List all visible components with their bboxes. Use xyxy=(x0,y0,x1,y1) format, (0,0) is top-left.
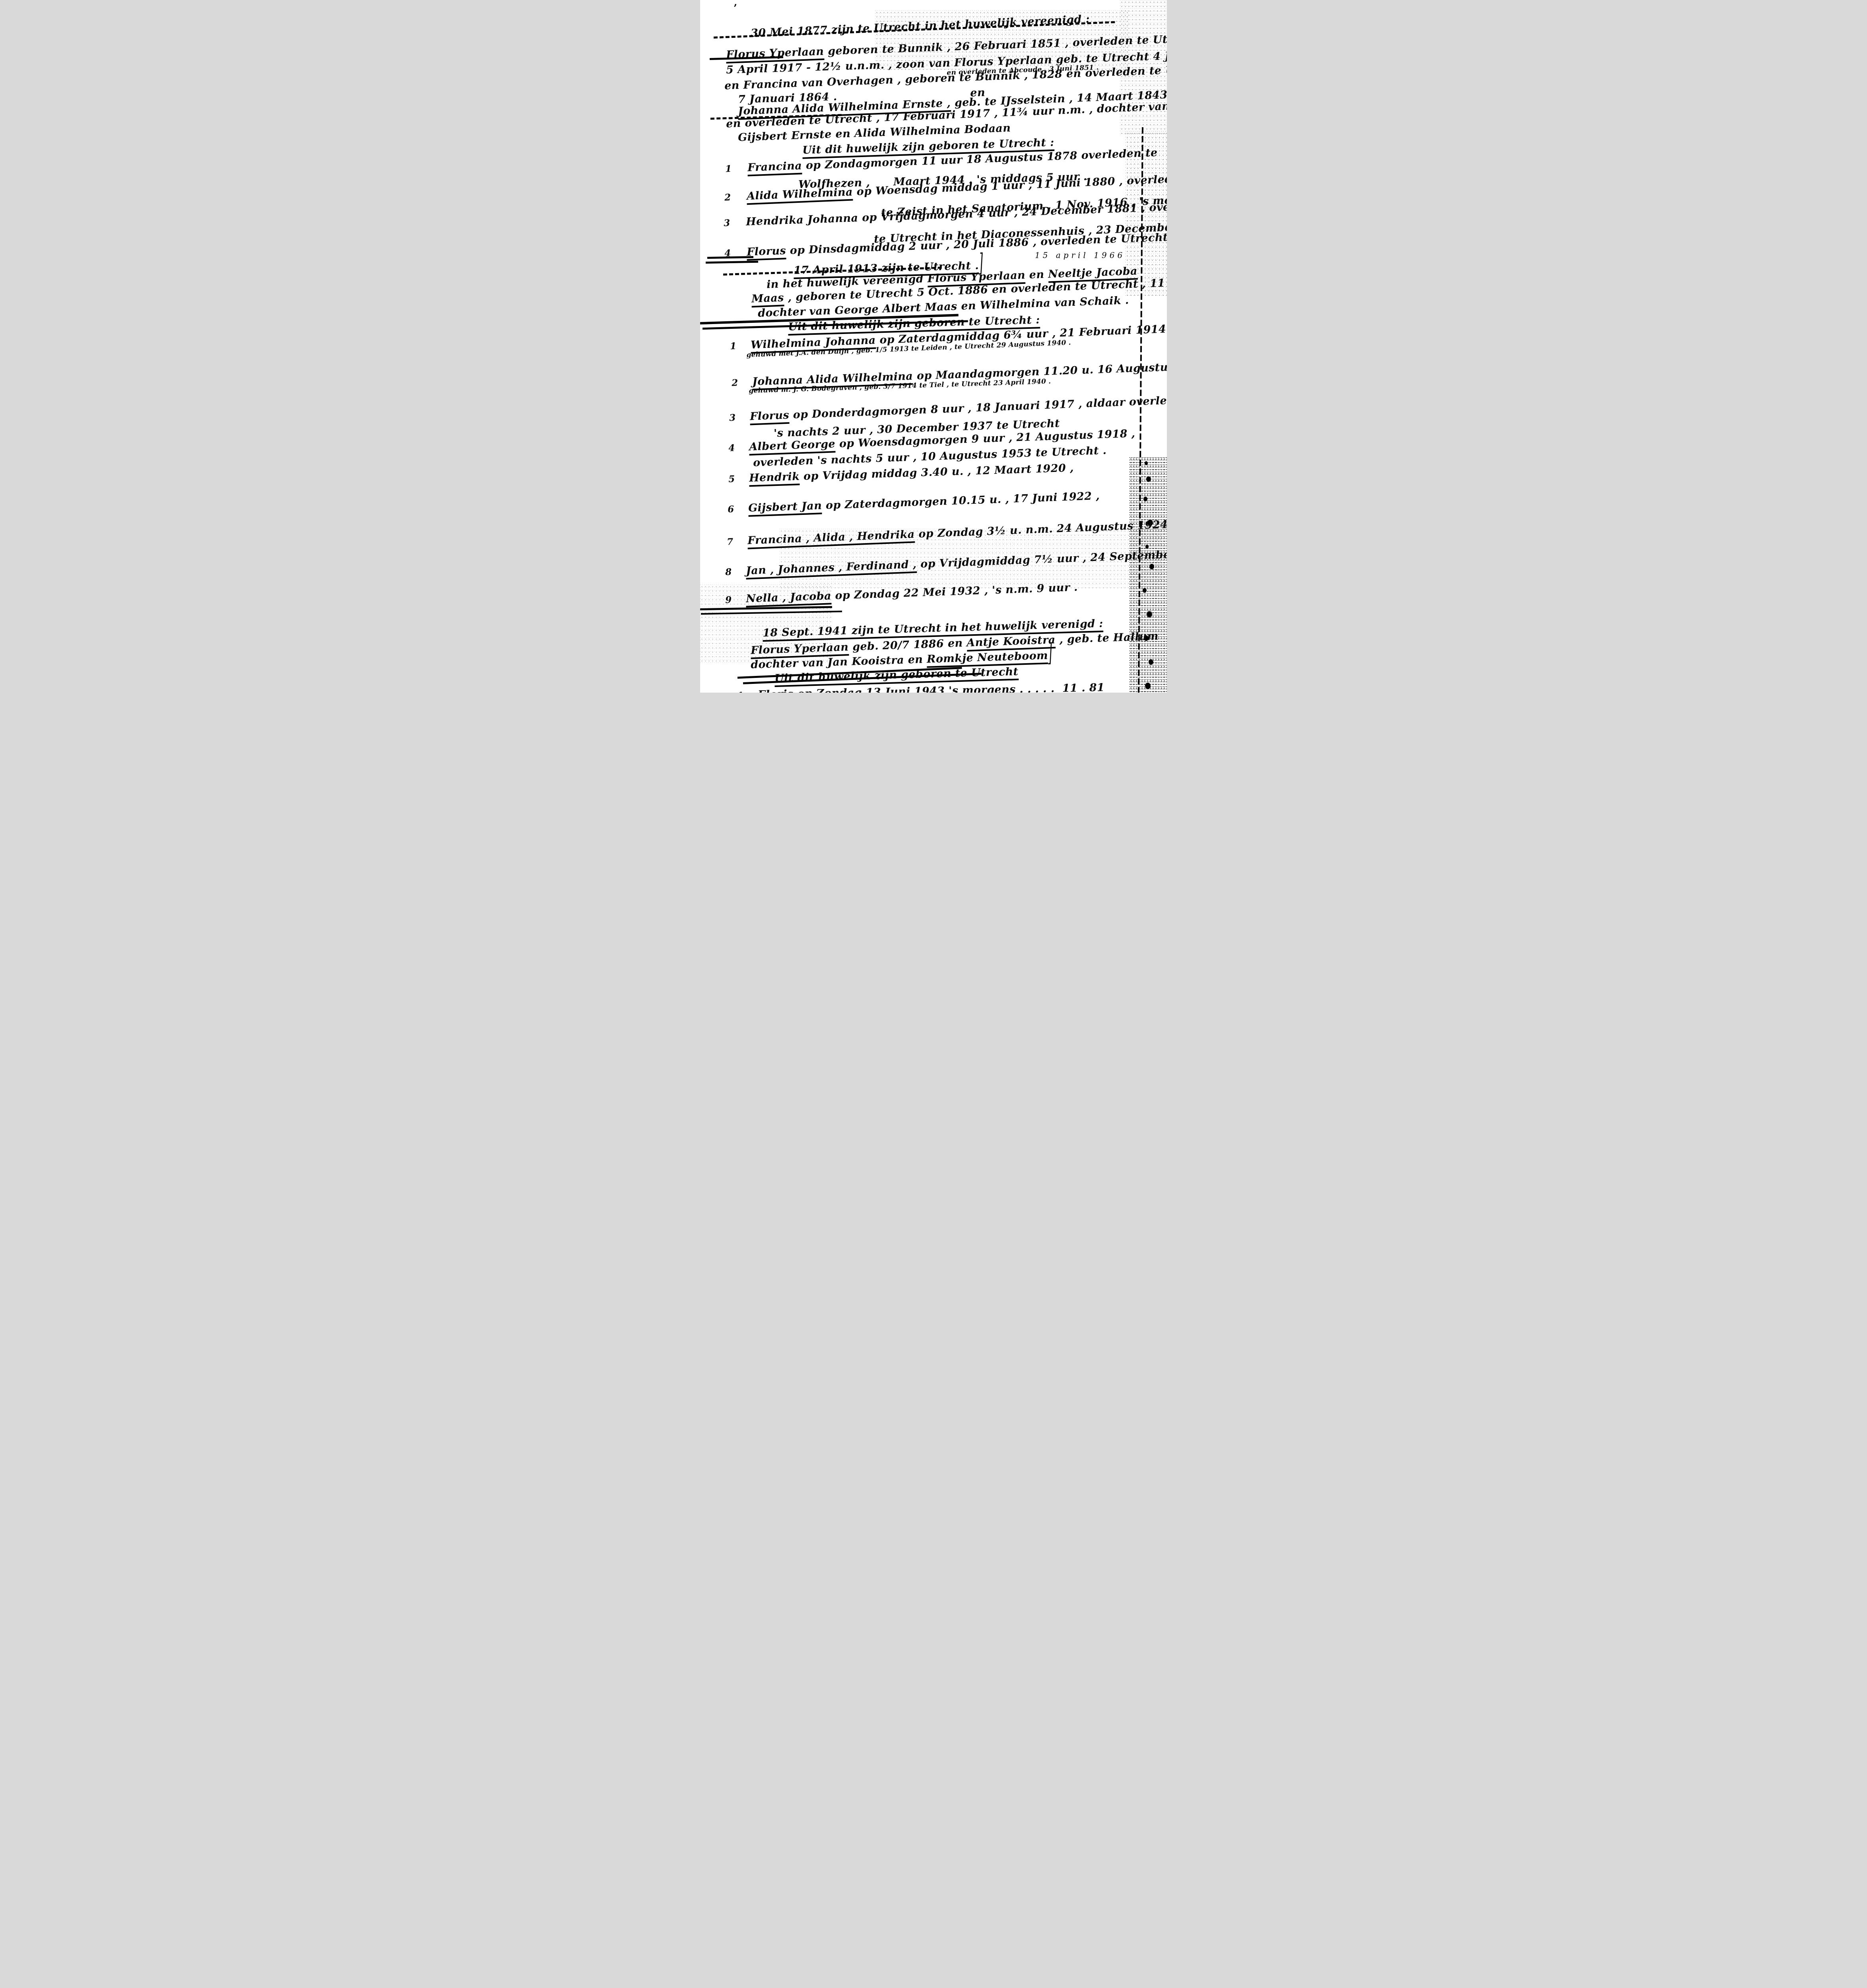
child-number: 6 xyxy=(728,504,749,514)
child-number: 1 xyxy=(725,164,748,174)
child-text: op Zondag 13 Juni 1943 's morgens . . . … xyxy=(793,681,1104,693)
ink-bracket: ] xyxy=(1048,641,1053,667)
child-number: 9 xyxy=(725,595,746,605)
child-text: op Vrijdagmiddag 7½ uur , 24 September 1… xyxy=(916,547,1167,571)
child-name: Floris xyxy=(758,688,794,693)
document-page: ’ 30 Mei 1877 zijn te Utrecht in het huw… xyxy=(700,0,1167,693)
child-name: Gijsbert Jan xyxy=(748,500,822,517)
child-number: 8 xyxy=(725,567,746,577)
scan-ink-blobs xyxy=(1145,461,1148,465)
child-text: op Zondag 22 Mei 1932 , 's n.m. 9 uur . xyxy=(831,581,1078,602)
child-number: 3 xyxy=(724,218,746,228)
child-text: op Vrijdag middag 3.40 u. , 12 Maart 192… xyxy=(800,462,1074,483)
ink-speck-mark: ’ xyxy=(734,2,737,14)
child-text: op Zondag 3½ u. n.m. 24 Augustus 1924 , xyxy=(914,518,1167,540)
child-name: Francina , Alida , Hendrika xyxy=(747,528,915,549)
child-name: Hendrik xyxy=(749,470,800,487)
child-number: 3 xyxy=(729,413,750,423)
child-name: Hendrika Johanna xyxy=(746,212,858,228)
scan-canvas: ’ 30 Mei 1877 zijn te Utrecht in het huw… xyxy=(0,0,1867,693)
child-number: 5 xyxy=(728,474,749,484)
child-number: 7 xyxy=(727,537,748,547)
child-name: Jan , Johannes , Ferdinand , xyxy=(746,558,917,579)
child-number: 2 xyxy=(724,192,747,203)
child-number: 1 . xyxy=(737,691,758,693)
child-name: Nella , Jacoba xyxy=(746,590,832,608)
scan-noise-band xyxy=(1130,457,1167,693)
child-text: op Zaterdagmorgen 10.15 u. , 17 Juni 192… xyxy=(822,490,1100,512)
marriage3-line1-text: , geb. te Hallum 28/2 1906 xyxy=(1055,628,1167,646)
